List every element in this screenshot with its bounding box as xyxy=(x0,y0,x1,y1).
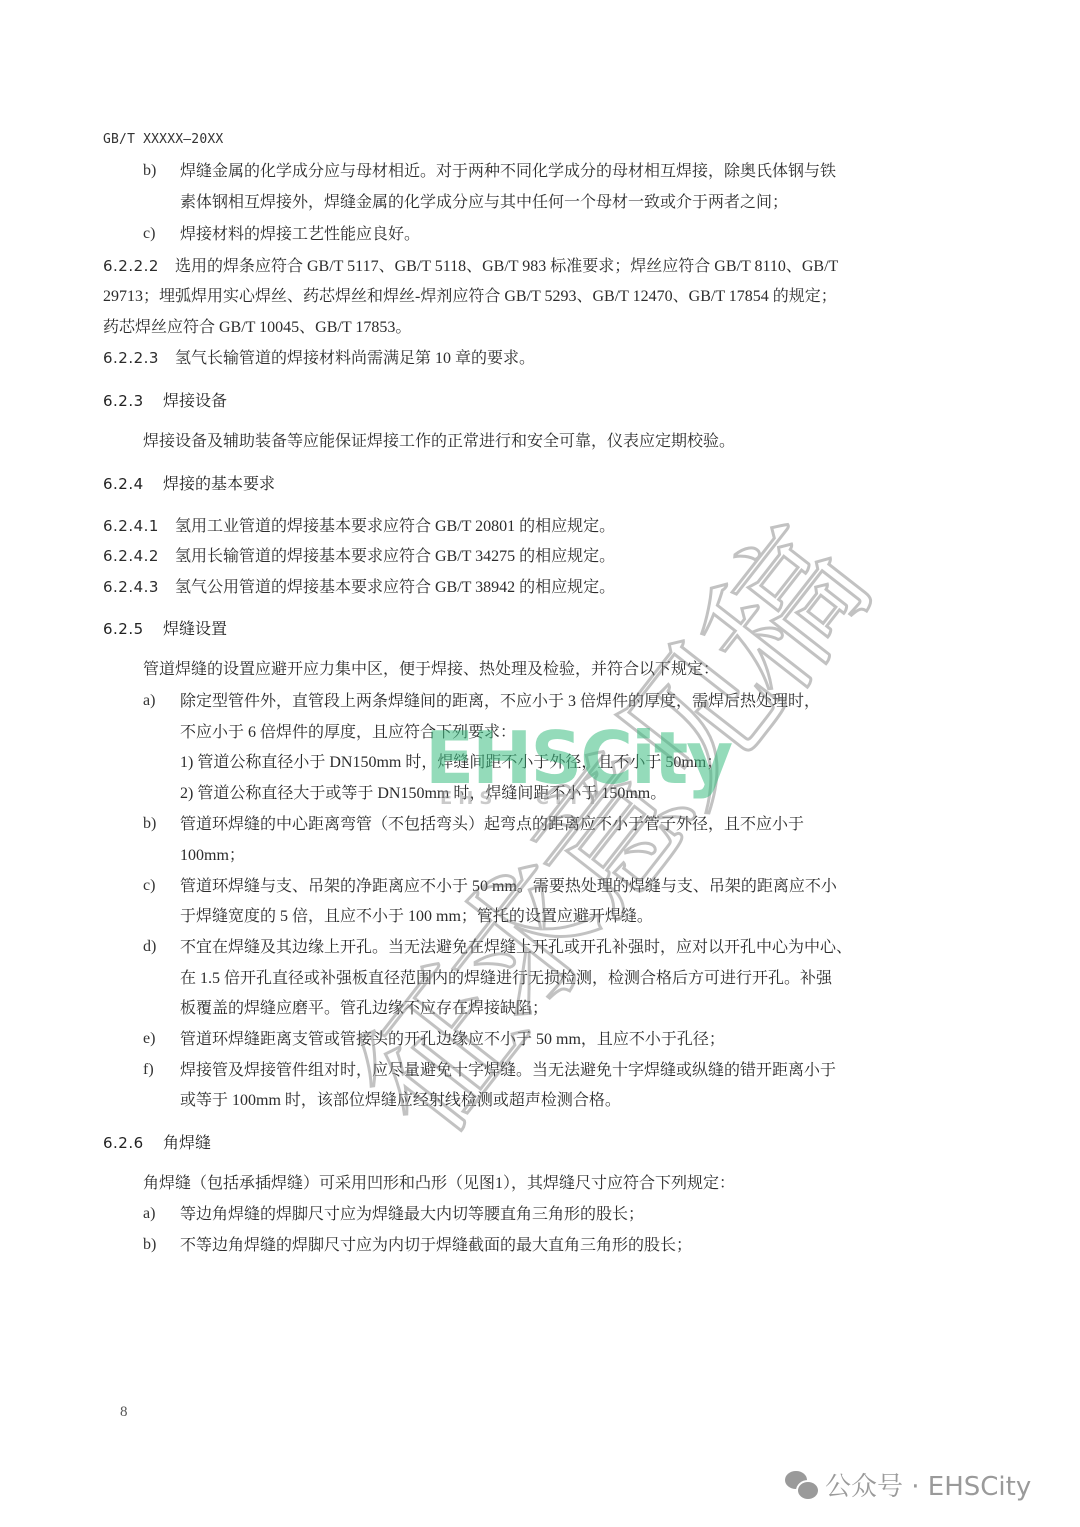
clause-number: 6.2.4.2 xyxy=(103,545,175,567)
paragraph-line: 29713；埋弧焊用实心焊丝、药芯焊丝和焊丝-焊剂应符合 GB/T 5293、G… xyxy=(103,286,837,308)
section-number: 6.2.3 xyxy=(103,390,163,412)
clause-number: 6.2.2.2 xyxy=(103,255,175,277)
section-title: 焊接设备 xyxy=(163,391,227,410)
paragraph-line: 焊接材料的焊接工艺性能应良好。 xyxy=(180,224,420,246)
paragraph-line: 2) 管道公称直径大于或等于 DN150mm 时，焊缝间距不小于 150mm。 xyxy=(180,783,666,805)
paragraph-line: 于焊缝宽度的 5 倍，且应不小于 100 mm；管托的设置应避开焊缝。 xyxy=(180,906,653,928)
paragraph-line: 等边角焊缝的焊脚尺寸应为焊缝最大内切等腰直角三角形的股长； xyxy=(180,1204,644,1226)
paragraph-line: 不宜在焊缝及其边缘上开孔。当无法避免在焊缝上开孔或开孔补强时，应对以开孔中心为中… xyxy=(180,937,852,959)
section-heading-6-2-4: 6.2.4焊接的基本要求 xyxy=(103,473,275,495)
paragraph-line: 管道环焊缝距离支管或管接头的开孔边缘应不小于 50 mm，且应不小于孔径； xyxy=(180,1029,725,1051)
document-page: GB/T XXXXX—20XX b) 焊缝金属的化学成分应与母材相近。对于两种不… xyxy=(0,0,1080,1527)
list-label: b) xyxy=(143,1236,156,1254)
section-title: 焊缝设置 xyxy=(163,619,227,638)
paragraph-line: 角焊缝（包括承插焊缝）可采用凹形和凸形（见图1），其焊缝尺寸应符合下列规定： xyxy=(143,1173,735,1195)
section-number: 6.2.4 xyxy=(103,473,163,495)
clause-number: 6.2.2.3 xyxy=(103,347,175,369)
section-heading-6-2-5: 6.2.5焊缝设置 xyxy=(103,618,227,640)
paragraph-line: 素体钢相互焊接外，焊缝金属的化学成分应与其中任何一个母材一致或介于两者之间； xyxy=(180,192,788,214)
list-label: a) xyxy=(143,1205,155,1223)
paragraph-line: 除定型管件外，直管段上两条焊缝间的距离，不应小于 3 倍焊件的厚度，需焊后热处理… xyxy=(180,691,820,713)
section-heading-6-2-3: 6.2.3焊接设备 xyxy=(103,390,227,412)
list-label: b) xyxy=(143,162,156,180)
list-label: d) xyxy=(143,938,156,956)
list-label: e) xyxy=(143,1030,155,1048)
clause-6-2-2-2: 6.2.2.2选用的焊条应符合 GB/T 5117、GB/T 5118、GB/T… xyxy=(103,255,838,278)
paragraph-line: 在 1.5 倍开孔直径或补强板直径范围内的焊缝进行无损检测，检测合格后方可进行开… xyxy=(180,968,832,990)
paragraph-line: 焊接管及焊接管件组对时，应尽量避免十字焊缝。当无法避免十字焊缝或纵缝的错开距离小… xyxy=(180,1060,836,1082)
list-label: f) xyxy=(143,1061,154,1079)
section-number: 6.2.6 xyxy=(103,1132,163,1154)
section-heading-6-2-6: 6.2.6角焊缝 xyxy=(103,1132,211,1154)
list-label: c) xyxy=(143,877,155,895)
standard-code: GB/T XXXXX—20XX xyxy=(103,132,223,147)
list-label: b) xyxy=(143,815,156,833)
paragraph-line: 板覆盖的焊缝应磨平。管孔边缘不应存在焊接缺陷； xyxy=(180,998,548,1020)
clause-text: 氢气长输管道的焊接材料尚需满足第 10 章的要求。 xyxy=(175,350,535,367)
clause-number: 6.2.4.3 xyxy=(103,576,175,598)
paragraph-line: 100mm； xyxy=(180,845,245,867)
clause-text: 氢用工业管道的焊接基本要求应符合 GB/T 20801 的相应规定。 xyxy=(175,518,615,535)
paragraph-line: 或等于 100mm 时，该部位焊缝应经射线检测或超声检测合格。 xyxy=(180,1090,621,1112)
list-label: c) xyxy=(143,225,155,243)
paragraph-line: 不应小于 6 倍焊件的厚度，且应符合下列要求： xyxy=(180,722,516,744)
clause-text: 氢气公用管道的焊接基本要求应符合 GB/T 38942 的相应规定。 xyxy=(175,579,615,596)
list-label: a) xyxy=(143,692,155,710)
clause-6-2-4-1: 6.2.4.1氢用工业管道的焊接基本要求应符合 GB/T 20801 的相应规定… xyxy=(103,515,615,538)
wechat-account-label: 公众号 · EHSCity xyxy=(785,1466,1031,1503)
page-number: 8 xyxy=(120,1404,128,1421)
wechat-icon xyxy=(785,1471,817,1499)
paragraph-line: 管道环焊缝的中心距离弯管（不包括弯头）起弯点的距离应不小于管子外径，且不应小于 xyxy=(180,814,804,836)
paragraph-line: 焊接设备及辅助装备等应能保证焊接工作的正常进行和安全可靠，仪表应定期校验。 xyxy=(143,431,735,453)
paragraph-line: 药芯焊丝应符合 GB/T 10045、GB/T 17853。 xyxy=(103,317,411,339)
paragraph-line: 焊缝金属的化学成分应与母材相近。对于两种不同化学成分的母材相互焊接，除奥氏体钢与… xyxy=(180,161,836,183)
paragraph-line: 管道环焊缝与支、吊架的净距离应不小于 50 mm。需要热处理的焊缝与支、吊架的距… xyxy=(180,876,837,898)
section-title: 焊接的基本要求 xyxy=(163,474,275,493)
clause-number: 6.2.4.1 xyxy=(103,515,175,537)
paragraph-line: 管道焊缝的设置应避开应力集中区，便于焊接、热处理及检验，并符合以下规定： xyxy=(143,659,719,681)
brand-text: 公众号 · EHSCity xyxy=(825,1466,1031,1503)
paragraph-line: 不等边角焊缝的焊脚尺寸应为内切于焊缝截面的最大直角三角形的股长； xyxy=(180,1235,692,1257)
clause-6-2-4-3: 6.2.4.3氢气公用管道的焊接基本要求应符合 GB/T 38942 的相应规定… xyxy=(103,576,615,599)
clause-text: 选用的焊条应符合 GB/T 5117、GB/T 5118、GB/T 983 标准… xyxy=(175,258,838,275)
clause-text: 氢用长输管道的焊接基本要求应符合 GB/T 34275 的相应规定。 xyxy=(175,548,615,565)
section-title: 角焊缝 xyxy=(163,1133,211,1152)
paragraph-line: 1) 管道公称直径小于 DN150mm 时，焊缝间距不小于外径，且不小于 50m… xyxy=(180,752,722,774)
section-number: 6.2.5 xyxy=(103,618,163,640)
clause-6-2-4-2: 6.2.4.2氢用长输管道的焊接基本要求应符合 GB/T 34275 的相应规定… xyxy=(103,545,615,568)
clause-6-2-2-3: 6.2.2.3氢气长输管道的焊接材料尚需满足第 10 章的要求。 xyxy=(103,347,535,370)
